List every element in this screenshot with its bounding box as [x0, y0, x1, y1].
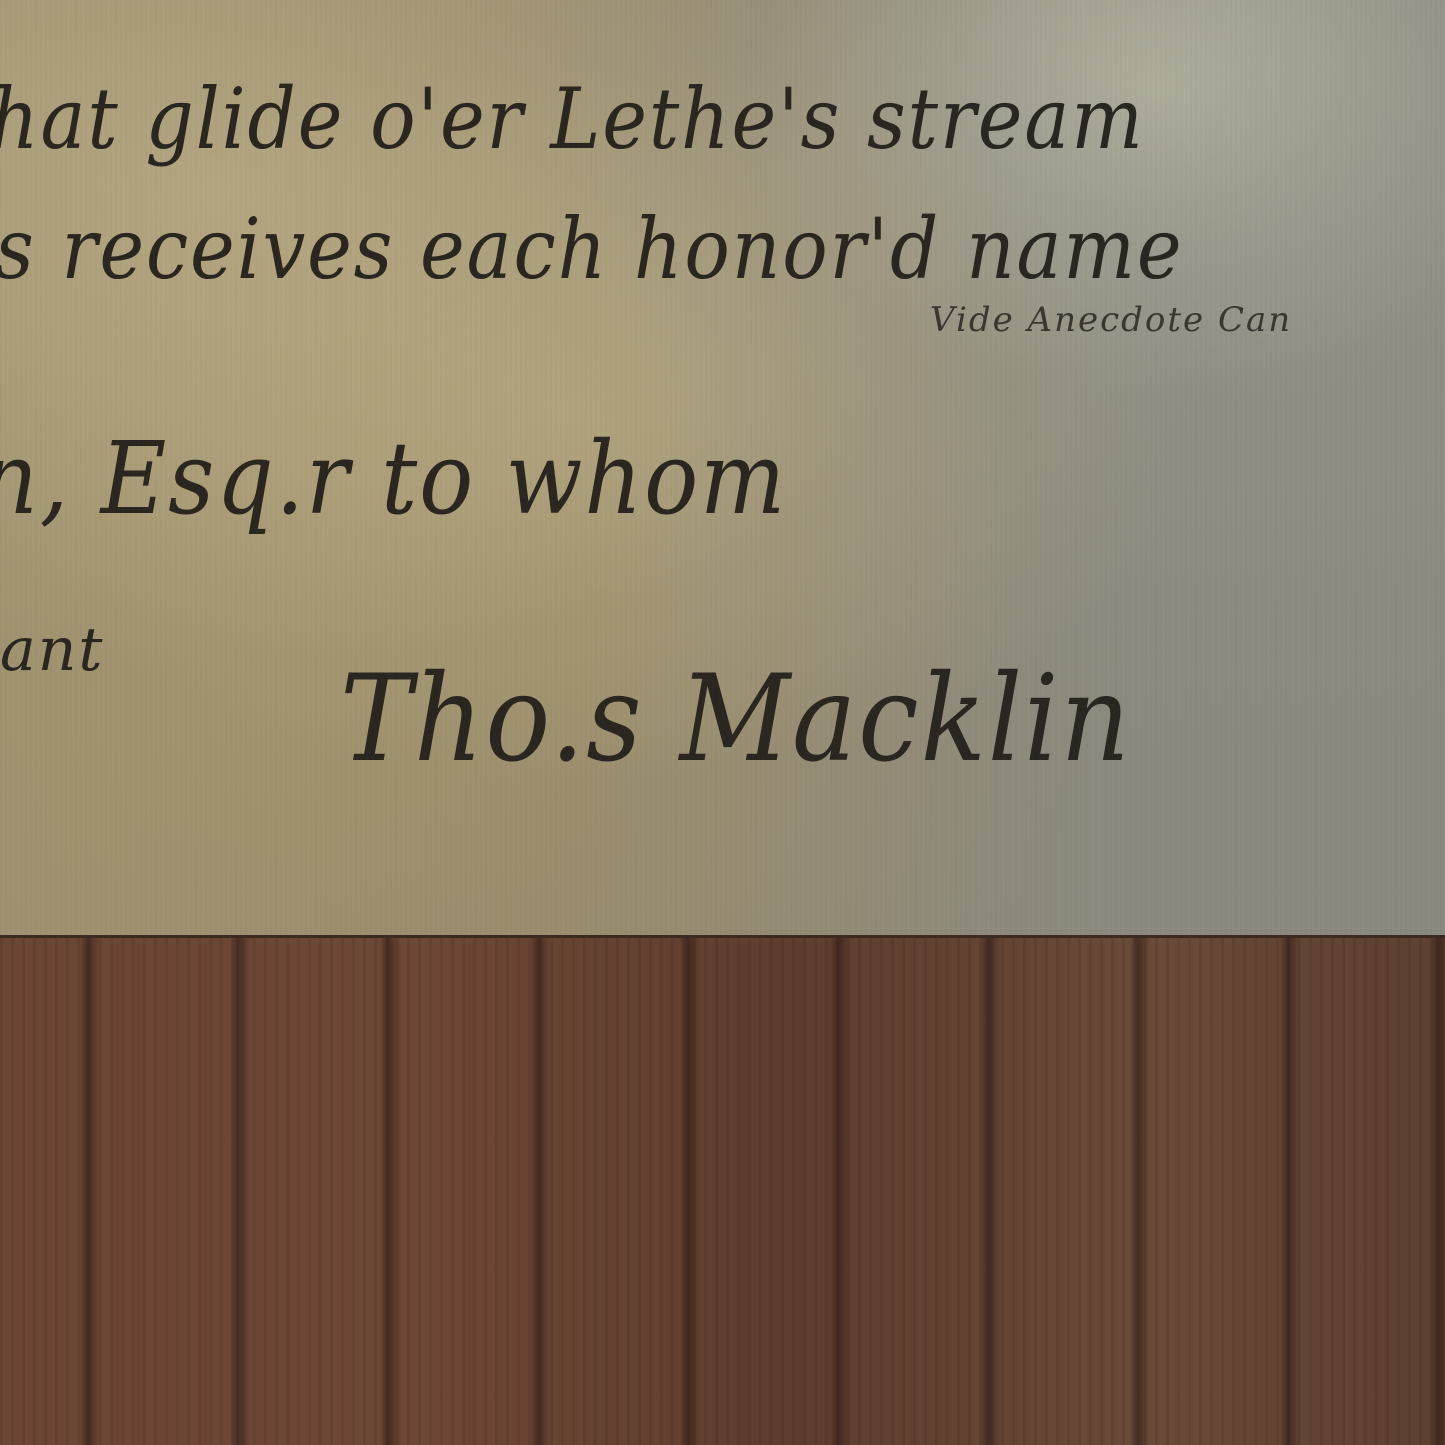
- engraved-paper: hat glide o'er Lethe's stream s receives…: [0, 0, 1445, 935]
- engraving-line-dedication: n, Esq.r to whom: [0, 420, 787, 537]
- engraving-line-fragment: ant: [0, 615, 105, 685]
- engraving-signature: Tho.s Macklin: [340, 650, 1132, 789]
- wooden-surface: [0, 935, 1445, 1445]
- engraving-line-1: hat glide o'er Lethe's stream: [0, 70, 1145, 168]
- engraving-line-2: s receives each honor'd name: [0, 200, 1183, 298]
- engraving-citation: Vide Anecdote Can: [930, 300, 1292, 340]
